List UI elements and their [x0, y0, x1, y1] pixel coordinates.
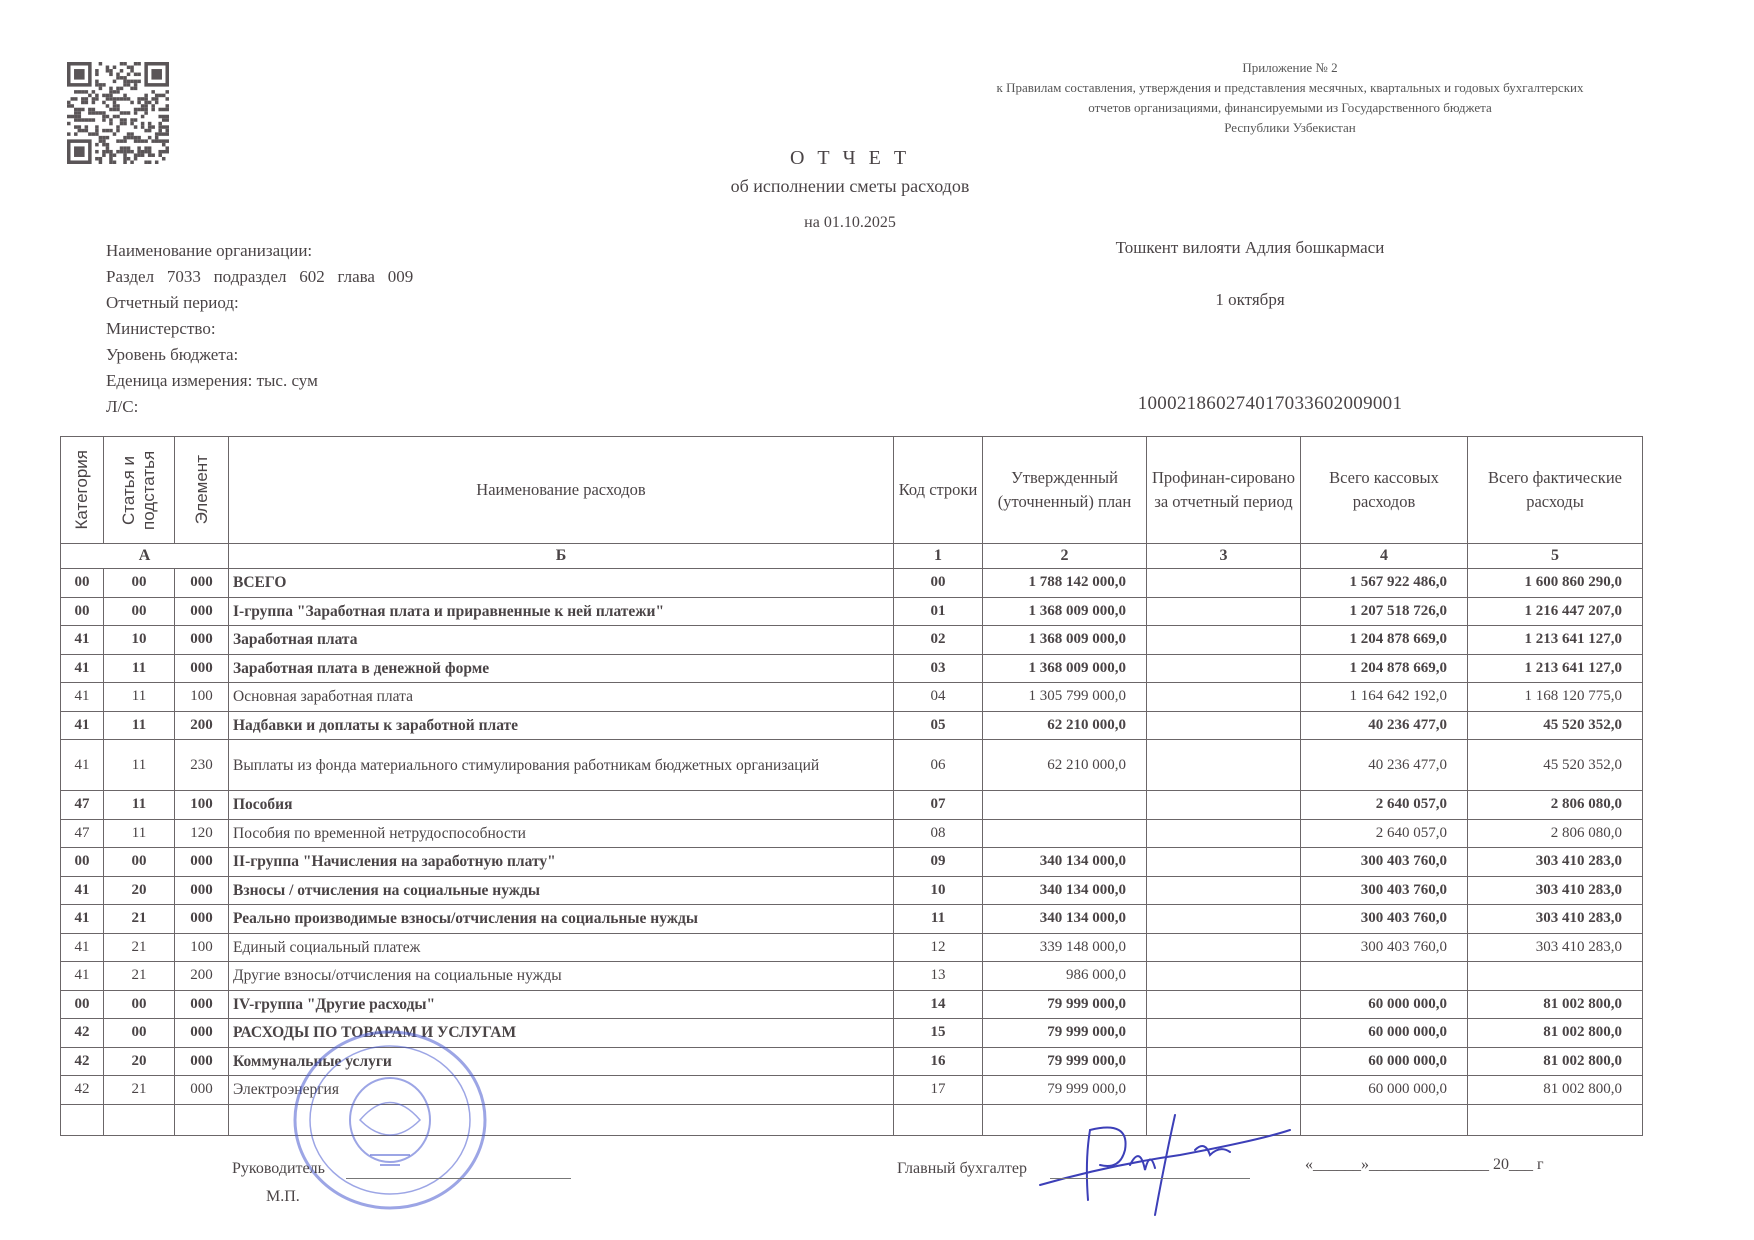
- cell-element: 000: [175, 1076, 229, 1105]
- cell-category: 42: [61, 1047, 104, 1076]
- cell-article: 21: [104, 905, 175, 934]
- cell-category: 41: [61, 876, 104, 905]
- cell-plan: 1 305 799 000,0: [983, 683, 1147, 712]
- cell-plan: 339 148 000,0: [983, 933, 1147, 962]
- cell-article: 00: [104, 1019, 175, 1048]
- cell-financed: [1147, 597, 1301, 626]
- cell-plan: 79 999 000,0: [983, 990, 1147, 1019]
- cell-cash: [1301, 1104, 1468, 1135]
- manager-label: Руководитель: [232, 1160, 325, 1178]
- cell-code: 00: [894, 569, 983, 598]
- cell-article: 00: [104, 569, 175, 598]
- cell-element: 000: [175, 905, 229, 934]
- header-article: Статья и подстатья: [104, 437, 175, 544]
- cell-article: 10: [104, 626, 175, 655]
- cell-code: 05: [894, 711, 983, 740]
- report-title-block: О Т Ч Е Т об исполнении сметы расходов н…: [600, 145, 1100, 235]
- cell-code: 06: [894, 740, 983, 791]
- col-index-b: Б: [229, 544, 894, 569]
- cell-cash: 60 000 000,0: [1301, 1047, 1468, 1076]
- col-index-5: 5: [1468, 544, 1643, 569]
- cell-element: 000: [175, 626, 229, 655]
- period-value: 1 октября: [1040, 290, 1460, 310]
- appendix-line-3: отчетов организациями, финансируемыми из…: [890, 98, 1690, 118]
- table-header-row: Категория Статья и подстатья Элемент Наи…: [61, 437, 1643, 544]
- cell-code: 04: [894, 683, 983, 712]
- table-row: 4110000Заработная плата021 368 009 000,0…: [61, 626, 1643, 655]
- cell-name: ВСЕГО: [229, 569, 894, 598]
- period-label: Отчетный период:: [106, 290, 413, 316]
- cell-element: 000: [175, 654, 229, 683]
- cell-article: 21: [104, 962, 175, 991]
- cell-cash: 300 403 760,0: [1301, 905, 1468, 934]
- cell-plan: 340 134 000,0: [983, 848, 1147, 877]
- cell-financed: [1147, 740, 1301, 791]
- cell-element: 000: [175, 848, 229, 877]
- cell-category: 41: [61, 933, 104, 962]
- cell-element: 000: [175, 990, 229, 1019]
- col-index-1: 1: [894, 544, 983, 569]
- cell-category: 47: [61, 791, 104, 820]
- col-index-4: 4: [1301, 544, 1468, 569]
- cell-actual: 303 410 283,0: [1468, 848, 1643, 877]
- cell-code: 03: [894, 654, 983, 683]
- cell-financed: [1147, 791, 1301, 820]
- cell-plan: 1 788 142 000,0: [983, 569, 1147, 598]
- cell-name: II-группа "Начисления на заработную плат…: [229, 848, 894, 877]
- table-row: 4711120Пособия по временной нетрудоспосо…: [61, 819, 1643, 848]
- column-index-row: А Б 1 2 3 4 5: [61, 544, 1643, 569]
- cell-cash: 2 640 057,0: [1301, 819, 1468, 848]
- cell-financed: [1147, 683, 1301, 712]
- org-name: Тошкент вилояти Адлия бошкармаси: [1040, 238, 1460, 258]
- cell-name: Заработная плата в денежной форме: [229, 654, 894, 683]
- cell-actual: 45 520 352,0: [1468, 711, 1643, 740]
- cell-article: 20: [104, 876, 175, 905]
- cell-category: 41: [61, 740, 104, 791]
- cell-code: 11: [894, 905, 983, 934]
- cell-name: Основная заработная плата: [229, 683, 894, 712]
- cell-actual: [1468, 1104, 1643, 1135]
- table-row: 4121200Другие взносы/отчисления на социа…: [61, 962, 1643, 991]
- cell-financed: [1147, 962, 1301, 991]
- cell-plan: 62 210 000,0: [983, 711, 1147, 740]
- cell-cash: 40 236 477,0: [1301, 711, 1468, 740]
- header-name: Наименование расходов: [229, 437, 894, 544]
- cell-code: 10: [894, 876, 983, 905]
- cell-financed: [1147, 711, 1301, 740]
- cell-category: 41: [61, 905, 104, 934]
- cell-element: 230: [175, 740, 229, 791]
- cell-code: 15: [894, 1019, 983, 1048]
- cell-code: 14: [894, 990, 983, 1019]
- cell-cash: 300 403 760,0: [1301, 933, 1468, 962]
- cell-cash: 1 567 922 486,0: [1301, 569, 1468, 598]
- cell-code: 13: [894, 962, 983, 991]
- cell-element: 100: [175, 683, 229, 712]
- cell-actual: 303 410 283,0: [1468, 933, 1643, 962]
- col-index-a: А: [61, 544, 229, 569]
- col-index-2: 2: [983, 544, 1147, 569]
- cell-plan: 79 999 000,0: [983, 1076, 1147, 1105]
- cell-financed: [1147, 876, 1301, 905]
- cell-plan: 986 000,0: [983, 962, 1147, 991]
- cell-element: 000: [175, 876, 229, 905]
- cell-financed: [1147, 933, 1301, 962]
- cell-article: 21: [104, 1076, 175, 1105]
- cell-article: 11: [104, 791, 175, 820]
- cell-element: 000: [175, 1019, 229, 1048]
- cell-element: 100: [175, 791, 229, 820]
- cell-article: 11: [104, 711, 175, 740]
- cell-name: Выплаты из фонда материального стимулиро…: [229, 740, 894, 791]
- chief-accountant-label: Главный бухгалтер: [897, 1160, 1027, 1178]
- cell-financed: [1147, 905, 1301, 934]
- cell-cash: 1 207 518 726,0: [1301, 597, 1468, 626]
- header-category: Категория: [61, 437, 104, 544]
- cell-cash: 60 000 000,0: [1301, 990, 1468, 1019]
- account-label: Л/С:: [106, 394, 413, 420]
- cell-category: 00: [61, 990, 104, 1019]
- cell-element: 200: [175, 711, 229, 740]
- account-number: 100021860274017033602009001: [1060, 393, 1480, 415]
- cell-code: 12: [894, 933, 983, 962]
- cell-financed: [1147, 654, 1301, 683]
- cell-financed: [1147, 848, 1301, 877]
- cell-name: I-группа "Заработная плата и приравненны…: [229, 597, 894, 626]
- cell-code: 09: [894, 848, 983, 877]
- cell-category: 41: [61, 962, 104, 991]
- cell-code: 17: [894, 1076, 983, 1105]
- ministry-label: Министерство:: [106, 316, 413, 342]
- report-title: О Т Ч Е Т: [600, 145, 1100, 171]
- header-cash: Всего кассовых расходов: [1301, 437, 1468, 544]
- cell-cash: 300 403 760,0: [1301, 848, 1468, 877]
- cell-plan: 340 134 000,0: [983, 905, 1147, 934]
- manager-signature-line: [346, 1178, 571, 1179]
- cell-financed: [1147, 569, 1301, 598]
- header-category-label: Категория: [72, 450, 92, 529]
- table-row: 4111000Заработная плата в денежной форме…: [61, 654, 1643, 683]
- appendix-line-2: к Правилам составления, утверждения и пр…: [890, 78, 1690, 98]
- cell-actual: 1 213 641 127,0: [1468, 626, 1643, 655]
- cell-actual: 1 600 860 290,0: [1468, 569, 1643, 598]
- cell-cash: 60 000 000,0: [1301, 1019, 1468, 1048]
- table-row: 4120000Взносы / отчисления на социальные…: [61, 876, 1643, 905]
- table-row: 0000000II-группа "Начисления на заработн…: [61, 848, 1643, 877]
- cell-actual: 1 216 447 207,0: [1468, 597, 1643, 626]
- cell-article: 11: [104, 819, 175, 848]
- cell-actual: 303 410 283,0: [1468, 905, 1643, 934]
- cell-article: 21: [104, 933, 175, 962]
- section-line: Раздел 7033 подраздел 602 глава 009: [106, 264, 413, 290]
- cell-category: [61, 1104, 104, 1135]
- cell-actual: 1 168 120 775,0: [1468, 683, 1643, 712]
- signature-date: «______»_______________ 20___ г: [1305, 1156, 1544, 1174]
- cell-cash: [1301, 962, 1468, 991]
- cell-cash: 1 164 642 192,0: [1301, 683, 1468, 712]
- cell-name: Другие взносы/отчисления на социальные н…: [229, 962, 894, 991]
- org-label: Наименование организации:: [106, 238, 413, 264]
- accountant-signature-line: [1050, 1178, 1250, 1179]
- cell-element: 100: [175, 933, 229, 962]
- table-row: 0000000ВСЕГО001 788 142 000,01 567 922 4…: [61, 569, 1643, 598]
- cell-plan: 79 999 000,0: [983, 1019, 1147, 1048]
- cell-cash: 60 000 000,0: [1301, 1076, 1468, 1105]
- cell-category: 42: [61, 1019, 104, 1048]
- table-row: 4121000Реально производимые взносы/отчис…: [61, 905, 1643, 934]
- cell-category: 47: [61, 819, 104, 848]
- table-row: 0000000I-группа "Заработная плата и прир…: [61, 597, 1643, 626]
- cell-plan: [983, 791, 1147, 820]
- cell-category: 00: [61, 848, 104, 877]
- cell-financed: [1147, 819, 1301, 848]
- cell-cash: 300 403 760,0: [1301, 876, 1468, 905]
- col-index-3: 3: [1147, 544, 1301, 569]
- cell-category: 41: [61, 626, 104, 655]
- cell-actual: 81 002 800,0: [1468, 1076, 1643, 1105]
- cell-plan: 1 368 009 000,0: [983, 654, 1147, 683]
- cell-article: 00: [104, 990, 175, 1019]
- qr-code-icon: [67, 62, 169, 164]
- cell-category: 41: [61, 711, 104, 740]
- header-plan: Утвержденный (уточненный) план: [983, 437, 1147, 544]
- cell-actual: 81 002 800,0: [1468, 1047, 1643, 1076]
- cell-element: [175, 1104, 229, 1135]
- cell-actual: 45 520 352,0: [1468, 740, 1643, 791]
- cell-name: Пособия: [229, 791, 894, 820]
- cell-code: 08: [894, 819, 983, 848]
- table-row: 4111230Выплаты из фонда материального ст…: [61, 740, 1643, 791]
- table-row: 4111100Основная заработная плата041 305 …: [61, 683, 1643, 712]
- cell-name: Реально производимые взносы/отчисления н…: [229, 905, 894, 934]
- cell-category: 41: [61, 683, 104, 712]
- cell-name: Единый социальный платеж: [229, 933, 894, 962]
- signature-icon: [1030, 1110, 1310, 1220]
- cell-cash: 1 204 878 669,0: [1301, 654, 1468, 683]
- cell-code: 16: [894, 1047, 983, 1076]
- cell-category: 42: [61, 1076, 104, 1105]
- cell-code: 02: [894, 626, 983, 655]
- cell-actual: 81 002 800,0: [1468, 1019, 1643, 1048]
- cell-code: 01: [894, 597, 983, 626]
- cell-code: [894, 1104, 983, 1135]
- cell-element: 000: [175, 1047, 229, 1076]
- cell-article: [104, 1104, 175, 1135]
- cell-actual: [1468, 962, 1643, 991]
- header-financed: Профинан-сировано за отчетный период: [1147, 437, 1301, 544]
- budget-level-label: Уровень бюджета:: [106, 342, 413, 368]
- cell-actual: 2 806 080,0: [1468, 791, 1643, 820]
- header-actual: Всего фактические расходы: [1468, 437, 1643, 544]
- cell-actual: 1 213 641 127,0: [1468, 654, 1643, 683]
- cell-plan: 340 134 000,0: [983, 876, 1147, 905]
- appendix-line-1: Приложение № 2: [890, 58, 1690, 78]
- cell-cash: 2 640 057,0: [1301, 791, 1468, 820]
- report-date: на 01.10.2025: [600, 211, 1100, 235]
- official-stamp-icon: [285, 1025, 495, 1215]
- cell-financed: [1147, 1076, 1301, 1105]
- cell-name: Пособия по временной нетрудоспособности: [229, 819, 894, 848]
- table-row: 4121100Единый социальный платеж12339 148…: [61, 933, 1643, 962]
- header-element-label: Элемент: [192, 455, 212, 524]
- cell-plan: 62 210 000,0: [983, 740, 1147, 791]
- cell-actual: 303 410 283,0: [1468, 876, 1643, 905]
- cell-category: 00: [61, 597, 104, 626]
- cell-financed: [1147, 990, 1301, 1019]
- header-article-label: Статья и подстатья: [119, 442, 159, 538]
- cell-plan: [983, 819, 1147, 848]
- cell-plan: 1 368 009 000,0: [983, 626, 1147, 655]
- cell-article: 20: [104, 1047, 175, 1076]
- cell-name: Заработная плата: [229, 626, 894, 655]
- cell-article: 11: [104, 683, 175, 712]
- cell-article: 00: [104, 597, 175, 626]
- cell-code: 07: [894, 791, 983, 820]
- seal-label: М.П.: [266, 1188, 300, 1206]
- cell-name: Взносы / отчисления на социальные нужды: [229, 876, 894, 905]
- cell-cash: 1 204 878 669,0: [1301, 626, 1468, 655]
- report-subtitle: об исполнении сметы расходов: [600, 173, 1100, 199]
- cell-financed: [1147, 626, 1301, 655]
- cell-name: IV-группа "Другие расходы": [229, 990, 894, 1019]
- cell-financed: [1147, 1047, 1301, 1076]
- cell-article: 11: [104, 654, 175, 683]
- cell-element: 200: [175, 962, 229, 991]
- cell-category: 00: [61, 569, 104, 598]
- table-row: 4711100Пособия072 640 057,02 806 080,0: [61, 791, 1643, 820]
- cell-actual: 2 806 080,0: [1468, 819, 1643, 848]
- table-row: 0000000IV-группа "Другие расходы"1479 99…: [61, 990, 1643, 1019]
- cell-article: 00: [104, 848, 175, 877]
- cell-financed: [1147, 1019, 1301, 1048]
- header-code: Код строки: [894, 437, 983, 544]
- cell-element: 120: [175, 819, 229, 848]
- cell-element: 000: [175, 597, 229, 626]
- report-meta: Наименование организации: Раздел 7033 по…: [106, 238, 413, 420]
- appendix-note: Приложение № 2 к Правилам составления, у…: [890, 58, 1690, 138]
- unit-label: Еденица измерения: тыс. сум: [106, 368, 413, 394]
- cell-cash: 40 236 477,0: [1301, 740, 1468, 791]
- cell-article: 11: [104, 740, 175, 791]
- table-row: 4111200Надбавки и доплаты к заработной п…: [61, 711, 1643, 740]
- cell-name: Надбавки и доплаты к заработной плате: [229, 711, 894, 740]
- cell-element: 000: [175, 569, 229, 598]
- cell-plan: 79 999 000,0: [983, 1047, 1147, 1076]
- cell-actual: 81 002 800,0: [1468, 990, 1643, 1019]
- appendix-line-4: Республики Узбекистан: [890, 118, 1690, 138]
- header-element: Элемент: [175, 437, 229, 544]
- cell-plan: 1 368 009 000,0: [983, 597, 1147, 626]
- cell-category: 41: [61, 654, 104, 683]
